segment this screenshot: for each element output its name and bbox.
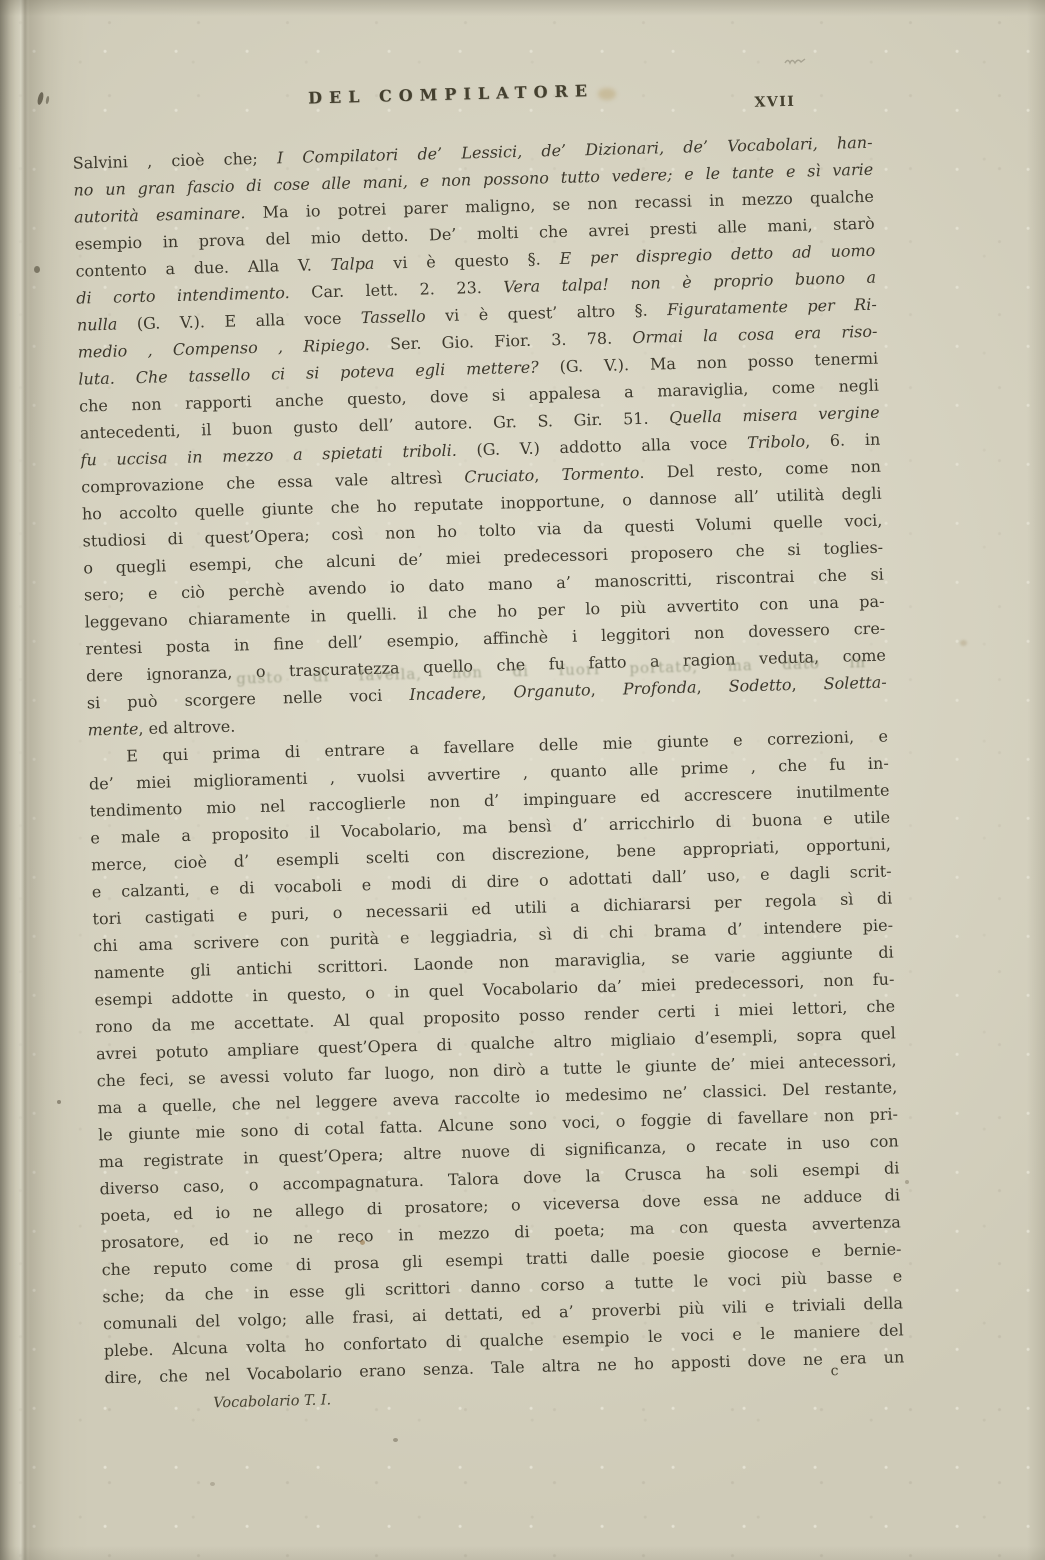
- paper-speck: [210, 1482, 215, 1486]
- text-block: Salvini , cioè che; I Compilatori de’ Le…: [72, 129, 904, 1392]
- text-segment: vi è quest’ altro §.: [425, 300, 667, 325]
- text-segment: Ser. Gio. Fior. 3. 78.: [390, 328, 633, 353]
- text-segment: ,: [590, 679, 623, 699]
- paper-speck: [37, 92, 45, 106]
- text-segment: (G. V.). E alla voce: [137, 308, 362, 333]
- paper-speck: [57, 1100, 61, 1104]
- italic-text-segment: Tribolo: [747, 432, 806, 453]
- page-content: DEL COMPILATORE XVII gusto di favella, n…: [70, 52, 905, 1430]
- text-segment: ,: [696, 677, 729, 697]
- catchword: c: [830, 1363, 838, 1379]
- text-segment: ,: [534, 465, 562, 485]
- text-segment: . Del resto, come non: [639, 457, 881, 482]
- paper-speck: [45, 96, 49, 104]
- italic-text-segment: nulla: [77, 314, 137, 335]
- page-edge-right: [1027, 0, 1045, 1560]
- italic-text-segment: Talpa: [330, 254, 374, 274]
- italic-text-segment: Quella misera vergine: [669, 403, 880, 428]
- paper-speck: [393, 1438, 398, 1442]
- page-edge-bottom: [0, 1546, 1045, 1560]
- paper-speck: [960, 640, 967, 646]
- italic-text-segment: E per dispregio detto ad uomo: [559, 241, 875, 268]
- paper-speck: [34, 266, 40, 273]
- text-segment: , ed altrove.: [138, 717, 235, 739]
- volume-signature: Vocabolario T. I.: [213, 1392, 331, 1411]
- italic-text-segment: Figuratamente per Ri-: [667, 295, 877, 319]
- text-segment: contento a due. Alla V.: [75, 255, 331, 281]
- paper-speck: [905, 1180, 909, 1184]
- text-segment: (G. V.) addotto alla voce: [476, 433, 747, 459]
- italic-text-segment: Tassello: [361, 306, 426, 327]
- binding-crease: [16, 0, 28, 1560]
- italic-text-segment: autorità esaminare.: [74, 203, 263, 227]
- italic-text-segment: mente: [87, 719, 138, 739]
- scanned-book-page: { "document": { "header": { "title": "DE…: [0, 0, 1045, 1560]
- italic-text-segment: Cruciato: [464, 466, 534, 487]
- page-title: DEL COMPILATORE: [71, 75, 831, 114]
- italic-text-segment: medio , Compenso , Ripiego.: [77, 334, 390, 361]
- italic-text-segment: Ormai la cosa era riso-: [632, 322, 878, 347]
- text-segment: Salvini , cioè che;: [72, 148, 277, 172]
- page-number: XVII: [754, 94, 795, 111]
- text-segment: Car. lett. 2. 23.: [311, 277, 504, 301]
- text-segment: vi è questo §.: [374, 249, 560, 273]
- page-edge-top: [0, 0, 1045, 16]
- italic-text-segment: di corto intendimento.: [76, 282, 311, 307]
- text-segment: ,: [791, 674, 824, 694]
- text-segment: ,: [481, 682, 514, 702]
- text-segment: , 6. in: [805, 430, 881, 451]
- italic-text-segment: Tormento: [561, 463, 639, 484]
